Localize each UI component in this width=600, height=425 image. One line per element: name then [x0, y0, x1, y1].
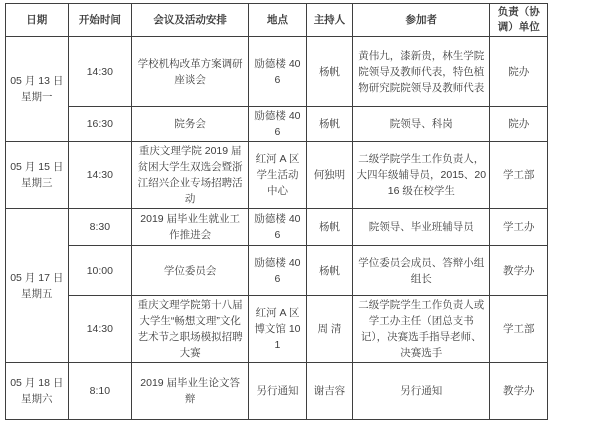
document-page: 日期 开始时间 会议及活动安排 地点 主持人 参加者 负责（协调）单位 05 月… — [0, 0, 600, 425]
cell-unit: 学工部 — [490, 296, 548, 363]
cell-host: 谢吉容 — [306, 363, 352, 420]
cell-location: 励德楼 406 — [249, 107, 307, 142]
header-host: 主持人 — [306, 4, 352, 37]
cell-unit: 院办 — [490, 37, 548, 107]
cell-event: 学校机构改革方案调研座谈会 — [132, 37, 249, 107]
cell-date: 05 月 13 日 星期一 — [6, 37, 69, 142]
cell-start-time: 8:10 — [68, 363, 132, 420]
cell-unit: 学工部 — [490, 142, 548, 209]
cell-participants: 二级学院学生工作负责人或学工办主任（团总支书记），决赛选手指导老师、决赛选手 — [353, 296, 490, 363]
cell-event: 2019 届毕业生就业工作推进会 — [132, 209, 249, 246]
cell-participants: 学位委员会成员、答辩小组组长 — [353, 246, 490, 296]
header-location: 地点 — [249, 4, 307, 37]
cell-date: 05 月 18 日 星期六 — [6, 363, 69, 420]
cell-host: 杨帆 — [306, 37, 352, 107]
table-row: 05 月 17 日 星期五 8:30 2019 届毕业生就业工作推进会 励德楼 … — [6, 209, 548, 246]
cell-host: 周 清 — [306, 296, 352, 363]
cell-event: 2019 届毕业生论文答辩 — [132, 363, 249, 420]
cell-participants: 二级学院学生工作负责人，大四年级辅导员，2015、2016 级在校学生 — [353, 142, 490, 209]
table-row: 16:30 院务会 励德楼 406 杨帆 院领导、科岗 院办 — [6, 107, 548, 142]
cell-host: 何独明 — [306, 142, 352, 209]
cell-location: 励德楼 406 — [249, 209, 307, 246]
cell-start-time: 10:00 — [68, 246, 132, 296]
header-participants: 参加者 — [353, 4, 490, 37]
header-unit: 负责（协调）单位 — [490, 4, 548, 37]
cell-location: 红河 A 区博文馆 101 — [249, 296, 307, 363]
cell-location: 另行通知 — [249, 363, 307, 420]
cell-host: 杨帆 — [306, 107, 352, 142]
header-event: 会议及活动安排 — [132, 4, 249, 37]
cell-participants: 黄伟九，漆新贵，林生学院院领导及教师代表，特色植物研究院院领导及教师代表 — [353, 37, 490, 107]
cell-participants: 另行通知 — [353, 363, 490, 420]
cell-participants: 院领导、毕业班辅导员 — [353, 209, 490, 246]
cell-start-time: 8:30 — [68, 209, 132, 246]
header-start-time: 开始时间 — [68, 4, 132, 37]
cell-location: 红河 A 区学生活动中心 — [249, 142, 307, 209]
cell-event: 学位委员会 — [132, 246, 249, 296]
cell-location: 励德楼 406 — [249, 37, 307, 107]
cell-event: 重庆文理学院第十八届大学生“畅想文理”文化艺术节之职场模拟招聘大赛 — [132, 296, 249, 363]
table-row: 05 月 15 日 星期三 14:30 重庆文理学院 2019 届贫困大学生双选… — [6, 142, 548, 209]
meeting-schedule-table: 日期 开始时间 会议及活动安排 地点 主持人 参加者 负责（协调）单位 05 月… — [5, 3, 548, 420]
cell-host: 杨帆 — [306, 209, 352, 246]
table-row: 05 月 13 日 星期一 14:30 学校机构改革方案调研座谈会 励德楼 40… — [6, 37, 548, 107]
cell-event: 院务会 — [132, 107, 249, 142]
cell-unit: 院办 — [490, 107, 548, 142]
table-row: 14:30 重庆文理学院第十八届大学生“畅想文理”文化艺术节之职场模拟招聘大赛 … — [6, 296, 548, 363]
cell-start-time: 14:30 — [68, 296, 132, 363]
table-row: 10:00 学位委员会 励德楼 406 杨帆 学位委员会成员、答辩小组组长 教学… — [6, 246, 548, 296]
cell-date: 05 月 17 日 星期五 — [6, 209, 69, 363]
cell-start-time: 14:30 — [68, 142, 132, 209]
cell-start-time: 14:30 — [68, 37, 132, 107]
table-header-row: 日期 开始时间 会议及活动安排 地点 主持人 参加者 负责（协调）单位 — [6, 4, 548, 37]
cell-unit: 学工办 — [490, 209, 548, 246]
cell-location: 励德楼 406 — [249, 246, 307, 296]
table-row: 05 月 18 日 星期六 8:10 2019 届毕业生论文答辩 另行通知 谢吉… — [6, 363, 548, 420]
cell-event: 重庆文理学院 2019 届贫困大学生双选会暨浙江绍兴企业专场招聘活动 — [132, 142, 249, 209]
header-date: 日期 — [6, 4, 69, 37]
cell-start-time: 16:30 — [68, 107, 132, 142]
cell-participants: 院领导、科岗 — [353, 107, 490, 142]
cell-unit: 教学办 — [490, 363, 548, 420]
cell-host: 杨帆 — [306, 246, 352, 296]
cell-unit: 教学办 — [490, 246, 548, 296]
cell-date: 05 月 15 日 星期三 — [6, 142, 69, 209]
